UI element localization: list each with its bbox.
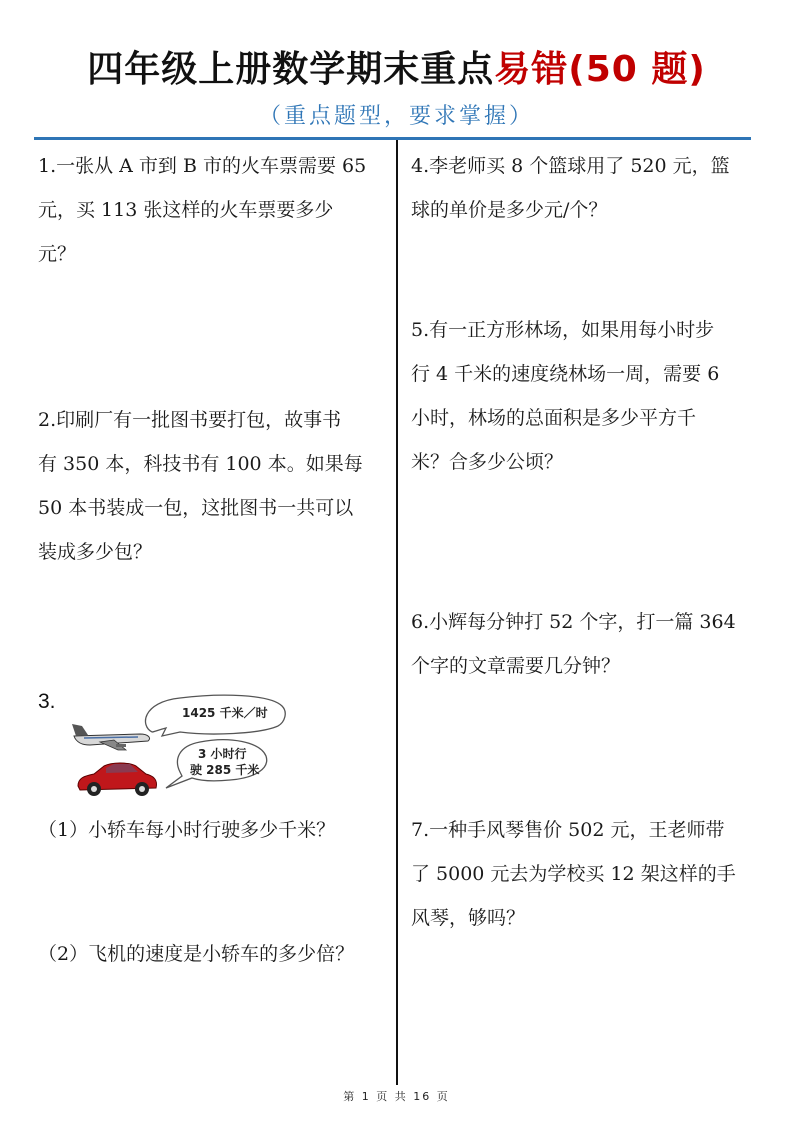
question-line: 6.小辉每分钟打 52 个字，打一篇 364: [411, 600, 761, 644]
plane-speed-text: 1425 千米／时: [182, 705, 268, 720]
car-icon: [78, 763, 157, 796]
speech-bubble-plane: 1425 千米／时: [145, 695, 285, 736]
question-5: 5.有一正方形林场，如果用每小时步 行 4 千米的速度绕林场一周，需要 6 小时…: [411, 308, 761, 484]
question-line: 行 4 千米的速度绕林场一周，需要 6: [411, 352, 761, 396]
question-6: 6.小辉每分钟打 52 个字，打一篇 364 个字的文章需要几分钟？: [411, 600, 761, 688]
question-line: 有 350 本，科技书有 100 本。如果每: [38, 442, 388, 486]
question-3-part-2: （2）飞机的速度是小轿车的多少倍？: [38, 932, 388, 976]
question-line: 元，买 113 张这样的火车票要多少: [38, 188, 388, 232]
question-2: 2.印刷厂有一批图书要打包，故事书 有 350 本，科技书有 100 本。如果每…: [38, 398, 388, 574]
question-7: 7.一种手风琴售价 502 元，王老师带 了 5000 元去为学校买 12 架这…: [411, 808, 761, 940]
question-line: 50 本书装成一包，这批图书一共可以: [38, 486, 388, 530]
airplane-icon: [72, 724, 150, 750]
question-line: 1.一张从 A 市到 B 市的火车票需要 65: [38, 144, 388, 188]
title-main: 四年级上册数学期末重点: [87, 49, 494, 90]
car-distance-line1: 3 小时行: [198, 746, 247, 761]
column-divider: [396, 140, 398, 1085]
question-line: 2.印刷厂有一批图书要打包，故事书: [38, 398, 388, 442]
car-distance-line2: 驶 285 千米: [190, 762, 259, 777]
question-3-part-1: （1）小轿车每小时行驶多少千米？: [38, 808, 388, 852]
speech-bubble-car: 3 小时行 驶 285 千米: [166, 740, 267, 788]
question-line: 个字的文章需要几分钟？: [411, 644, 761, 688]
question-line: 米？合多少公顷？: [411, 440, 761, 484]
question-3-illustration: 1425 千米／时 3 小时行 驶 285 千米: [70, 690, 310, 800]
question-line: 4.李老师买 8 个篮球用了 520 元，篮: [411, 144, 761, 188]
question-line: 装成多少包？: [38, 530, 388, 574]
question-line: 风琴，够吗？: [411, 896, 761, 940]
question-1: 1.一张从 A 市到 B 市的火车票需要 65 元，买 113 张这样的火车票要…: [38, 144, 388, 276]
question-line: 了 5000 元去为学校买 12 架这样的手: [411, 852, 761, 896]
question-3-label: 3.: [38, 690, 56, 714]
question-line: 球的单价是多少元/个？: [411, 188, 761, 232]
page-title: 四年级上册数学期末重点易错(50 题): [0, 44, 793, 96]
header-divider: [34, 137, 751, 140]
question-line: 小时，林场的总面积是多少平方千: [411, 396, 761, 440]
question-line: 5.有一正方形林场，如果用每小时步: [411, 308, 761, 352]
title-accent: 易错(50 题): [494, 49, 706, 90]
page-subtitle: （重点题型，要求掌握）: [0, 102, 793, 132]
question-4: 4.李老师买 8 个篮球用了 520 元，篮 球的单价是多少元/个？: [411, 144, 761, 232]
page-number: 第 1 页 共 16 页: [0, 1088, 793, 1104]
question-line: 元？: [38, 232, 388, 276]
question-line: 7.一种手风琴售价 502 元，王老师带: [411, 808, 761, 852]
